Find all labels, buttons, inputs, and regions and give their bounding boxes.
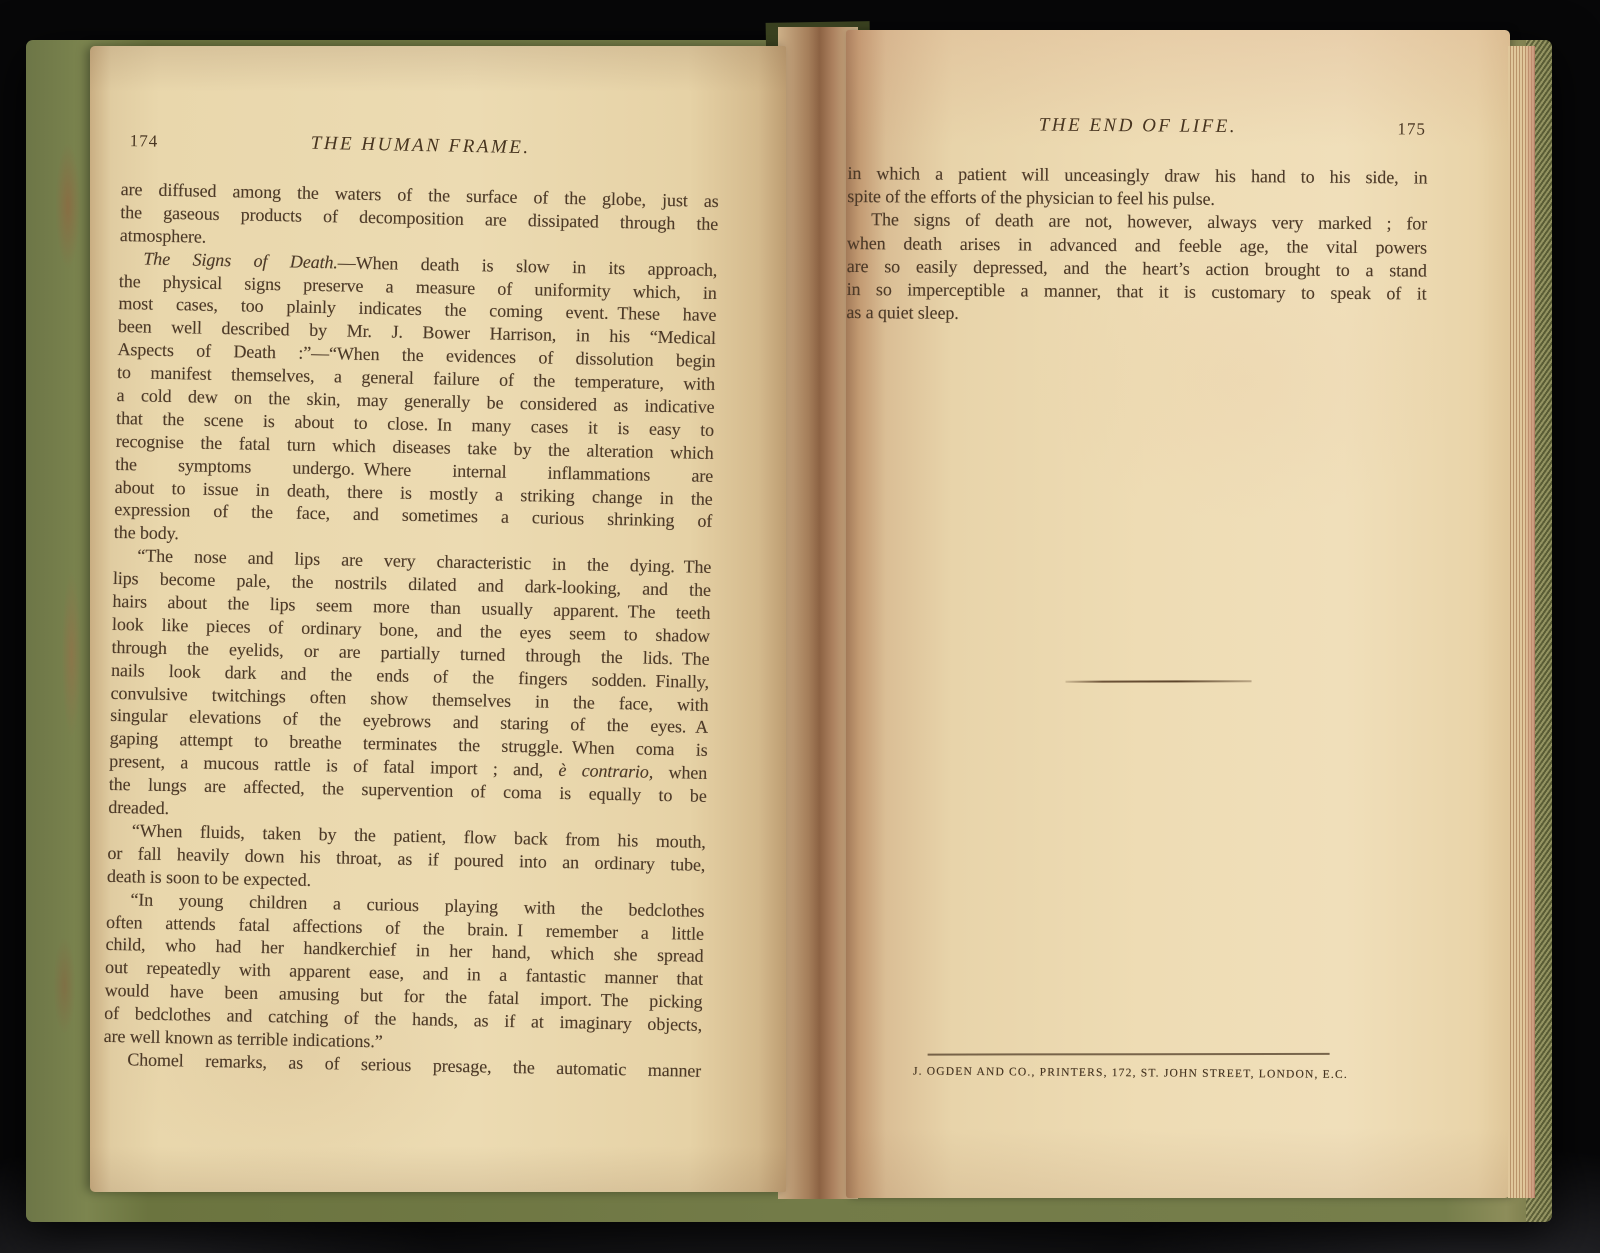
running-header-right: THE END OF LIFE. (1039, 114, 1237, 137)
text-segment: death is soon to be expected. (107, 866, 311, 890)
text-segment: when (653, 762, 707, 783)
text-segment: are well known as terrible indications.” (104, 1026, 383, 1052)
text-segment: are so easily depressed, and the heart’s… (847, 256, 1427, 281)
text-segment: spite of the efforts of the physician to… (847, 186, 1215, 209)
running-header-left: THE HUMAN FRAME. (311, 133, 531, 158)
text-segment: atmosphere. (120, 225, 207, 247)
italic-text: The Signs of Death. (143, 248, 338, 272)
text-segment: dreaded. (108, 797, 169, 818)
italic-text: è contrario, (558, 760, 653, 782)
right-page-text: in which a patient will unceasingly draw… (846, 162, 1427, 329)
page-number-right: 175 (1397, 117, 1426, 141)
text-segment: when death arises in advanced and feeble… (847, 233, 1427, 258)
page-number-left: 174 (129, 129, 158, 154)
right-header-row: THE END OF LIFE. 175 (848, 112, 1428, 141)
text-segment: in so imperceptible a manner, that it is… (847, 279, 1427, 304)
page-edges (1508, 46, 1535, 1198)
text-line: as a quiet sleep. (846, 301, 1426, 329)
text-segment: in which a patient will unceasingly draw… (847, 163, 1427, 188)
text-segment: The signs of death are not, however, alw… (871, 210, 1427, 234)
text-segment: the body. (114, 522, 179, 543)
left-page-text: are diffused among the waters of the sur… (103, 178, 719, 1083)
text-segment: as a quiet sleep. (846, 302, 958, 323)
book-photo: 174 THE HUMAN FRAME. are diffused among … (0, 0, 1600, 1253)
right-page-content: THE END OF LIFE. 175 in which a patient … (848, 112, 1428, 141)
